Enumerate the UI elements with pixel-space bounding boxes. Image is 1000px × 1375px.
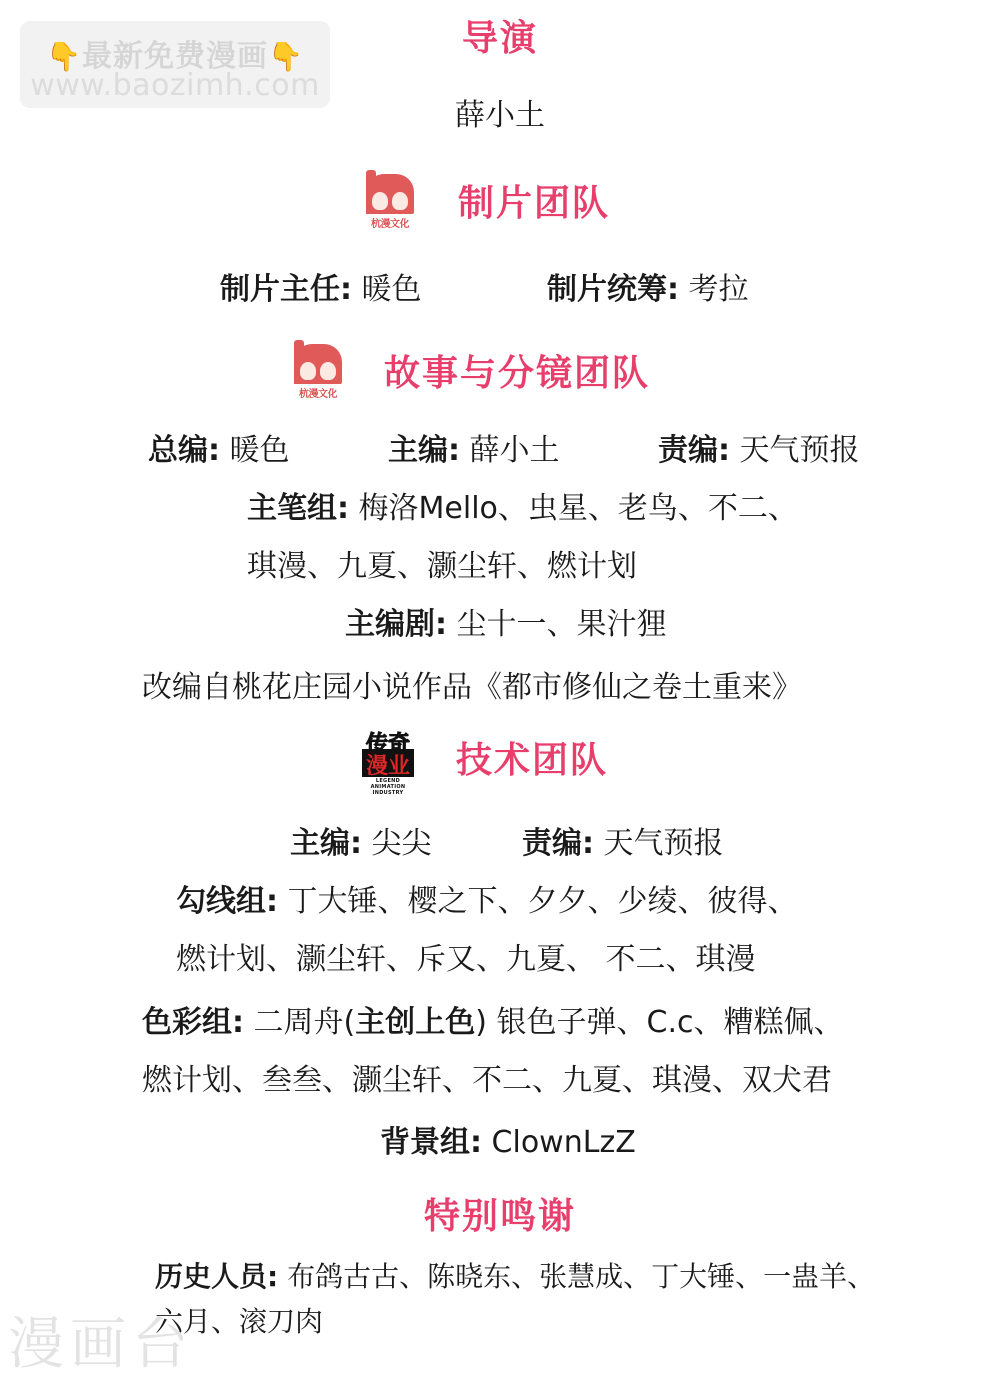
story-heading-row: 杭漫文化 故事与分镜团队 — [290, 340, 650, 400]
label: 主编剧: — [345, 607, 447, 642]
value: 考拉 — [689, 272, 749, 307]
label: 主编: — [388, 433, 460, 468]
value: ) 银色子弹、C.c、糟糕佩、 — [475, 1005, 843, 1040]
color-group: 色彩组: 二周舟(主创上色) 银色子弹、C.c、糟糕佩、 — [142, 997, 843, 1041]
value: 天气预报 — [740, 433, 860, 468]
director-name: 薛小土 — [0, 90, 1000, 134]
value: 天气预报 — [604, 826, 724, 861]
value: 布鸽古古、陈晓东、张慧成、丁大锤、一蛊羊、 — [287, 1260, 875, 1293]
responsible-editor: 责编: 天气预报 — [658, 425, 860, 469]
value: ClownLzZ — [492, 1125, 636, 1160]
label: 历史人员: — [155, 1260, 278, 1293]
label: 制片统筹: — [547, 272, 679, 307]
main-pen-group-cont: 琪漫、九夏、灏尘轩、燃计划 — [247, 541, 637, 585]
hangman-culture-logo-icon: 杭漫文化 — [290, 340, 346, 400]
logo-text-bottom: 漫业 — [362, 749, 414, 777]
label: 主编: — [290, 826, 362, 861]
logo-text: 杭漫文化 — [290, 385, 346, 400]
label: 责编: — [522, 826, 594, 861]
label: 勾线组: — [176, 884, 278, 919]
adapted-from: 改编自桃花庄园小说作品《都市修仙之卷土重来》 — [142, 662, 802, 706]
lineart-group-cont: 燃计划、灏尘轩、斥又、九夏、 不二、琪漫 — [176, 934, 756, 978]
value: 梅洛Mello、虫星、老鸟、不二、 — [359, 491, 798, 526]
value: 暖色 — [362, 272, 422, 307]
history-staff: 历史人员: 布鸽古古、陈晓东、张慧成、丁大锤、一蛊羊、 — [155, 1255, 875, 1295]
background-group: 背景组: ClownLzZ — [380, 1117, 636, 1161]
value: 暖色 — [230, 433, 290, 468]
label: 主笔组: — [247, 491, 349, 526]
label: 背景组: — [380, 1125, 482, 1160]
label: 色彩组: — [142, 1005, 244, 1040]
production-manager: 制片主任: 暖色 — [220, 264, 422, 308]
value: 薛小土 — [470, 433, 560, 468]
production-coordinator: 制片统筹: 考拉 — [547, 264, 749, 308]
tech-heading-row: 传奇 漫业 LEGEND ANIMATION INDUSTRY 技术团队 — [360, 727, 608, 787]
label: 总编: — [148, 433, 220, 468]
logo-text: 杭漫文化 — [362, 215, 418, 230]
value: 尘十一、果汁狸 — [457, 607, 667, 642]
history-staff-cont: 六月、滚刀肉 — [155, 1300, 323, 1340]
value: 尖尖 — [372, 826, 432, 861]
chief-editor: 总编: 暖色 — [148, 425, 290, 469]
lineart-group: 勾线组: 丁大锤、樱之下、夕夕、少绫、彼得、 — [176, 876, 798, 920]
main-pen-group: 主笔组: 梅洛Mello、虫星、老鸟、不二、 — [247, 483, 798, 527]
production-heading: 制片团队 — [458, 175, 610, 226]
main-editor: 主编: 薛小土 — [388, 425, 560, 469]
value-bold: 主创上色 — [355, 1005, 475, 1040]
director-heading: 导演 — [0, 10, 1000, 61]
color-group-cont: 燃计划、叁叁、灏尘轩、不二、九夏、琪漫、双犬君 — [142, 1055, 832, 1099]
screenwriter: 主编剧: 尘十一、果汁狸 — [345, 599, 667, 643]
tech-heading: 技术团队 — [456, 732, 608, 783]
production-heading-row: 杭漫文化 制片团队 — [362, 170, 610, 230]
value: 二周舟( — [254, 1005, 356, 1040]
logo-subtext: LEGEND ANIMATION INDUSTRY — [360, 778, 416, 796]
hangman-culture-logo-icon: 杭漫文化 — [362, 170, 418, 230]
tech-main-editor: 主编: 尖尖 — [290, 818, 432, 862]
label: 责编: — [658, 433, 730, 468]
value: 丁大锤、樱之下、夕夕、少绫、彼得、 — [288, 884, 798, 919]
tech-responsible-editor: 责编: 天气预报 — [522, 818, 724, 862]
thanks-heading: 特别鸣谢 — [0, 1188, 1000, 1239]
story-heading: 故事与分镜团队 — [384, 345, 650, 396]
legend-animation-logo-icon: 传奇 漫业 LEGEND ANIMATION INDUSTRY — [360, 727, 416, 787]
label: 制片主任: — [220, 272, 352, 307]
